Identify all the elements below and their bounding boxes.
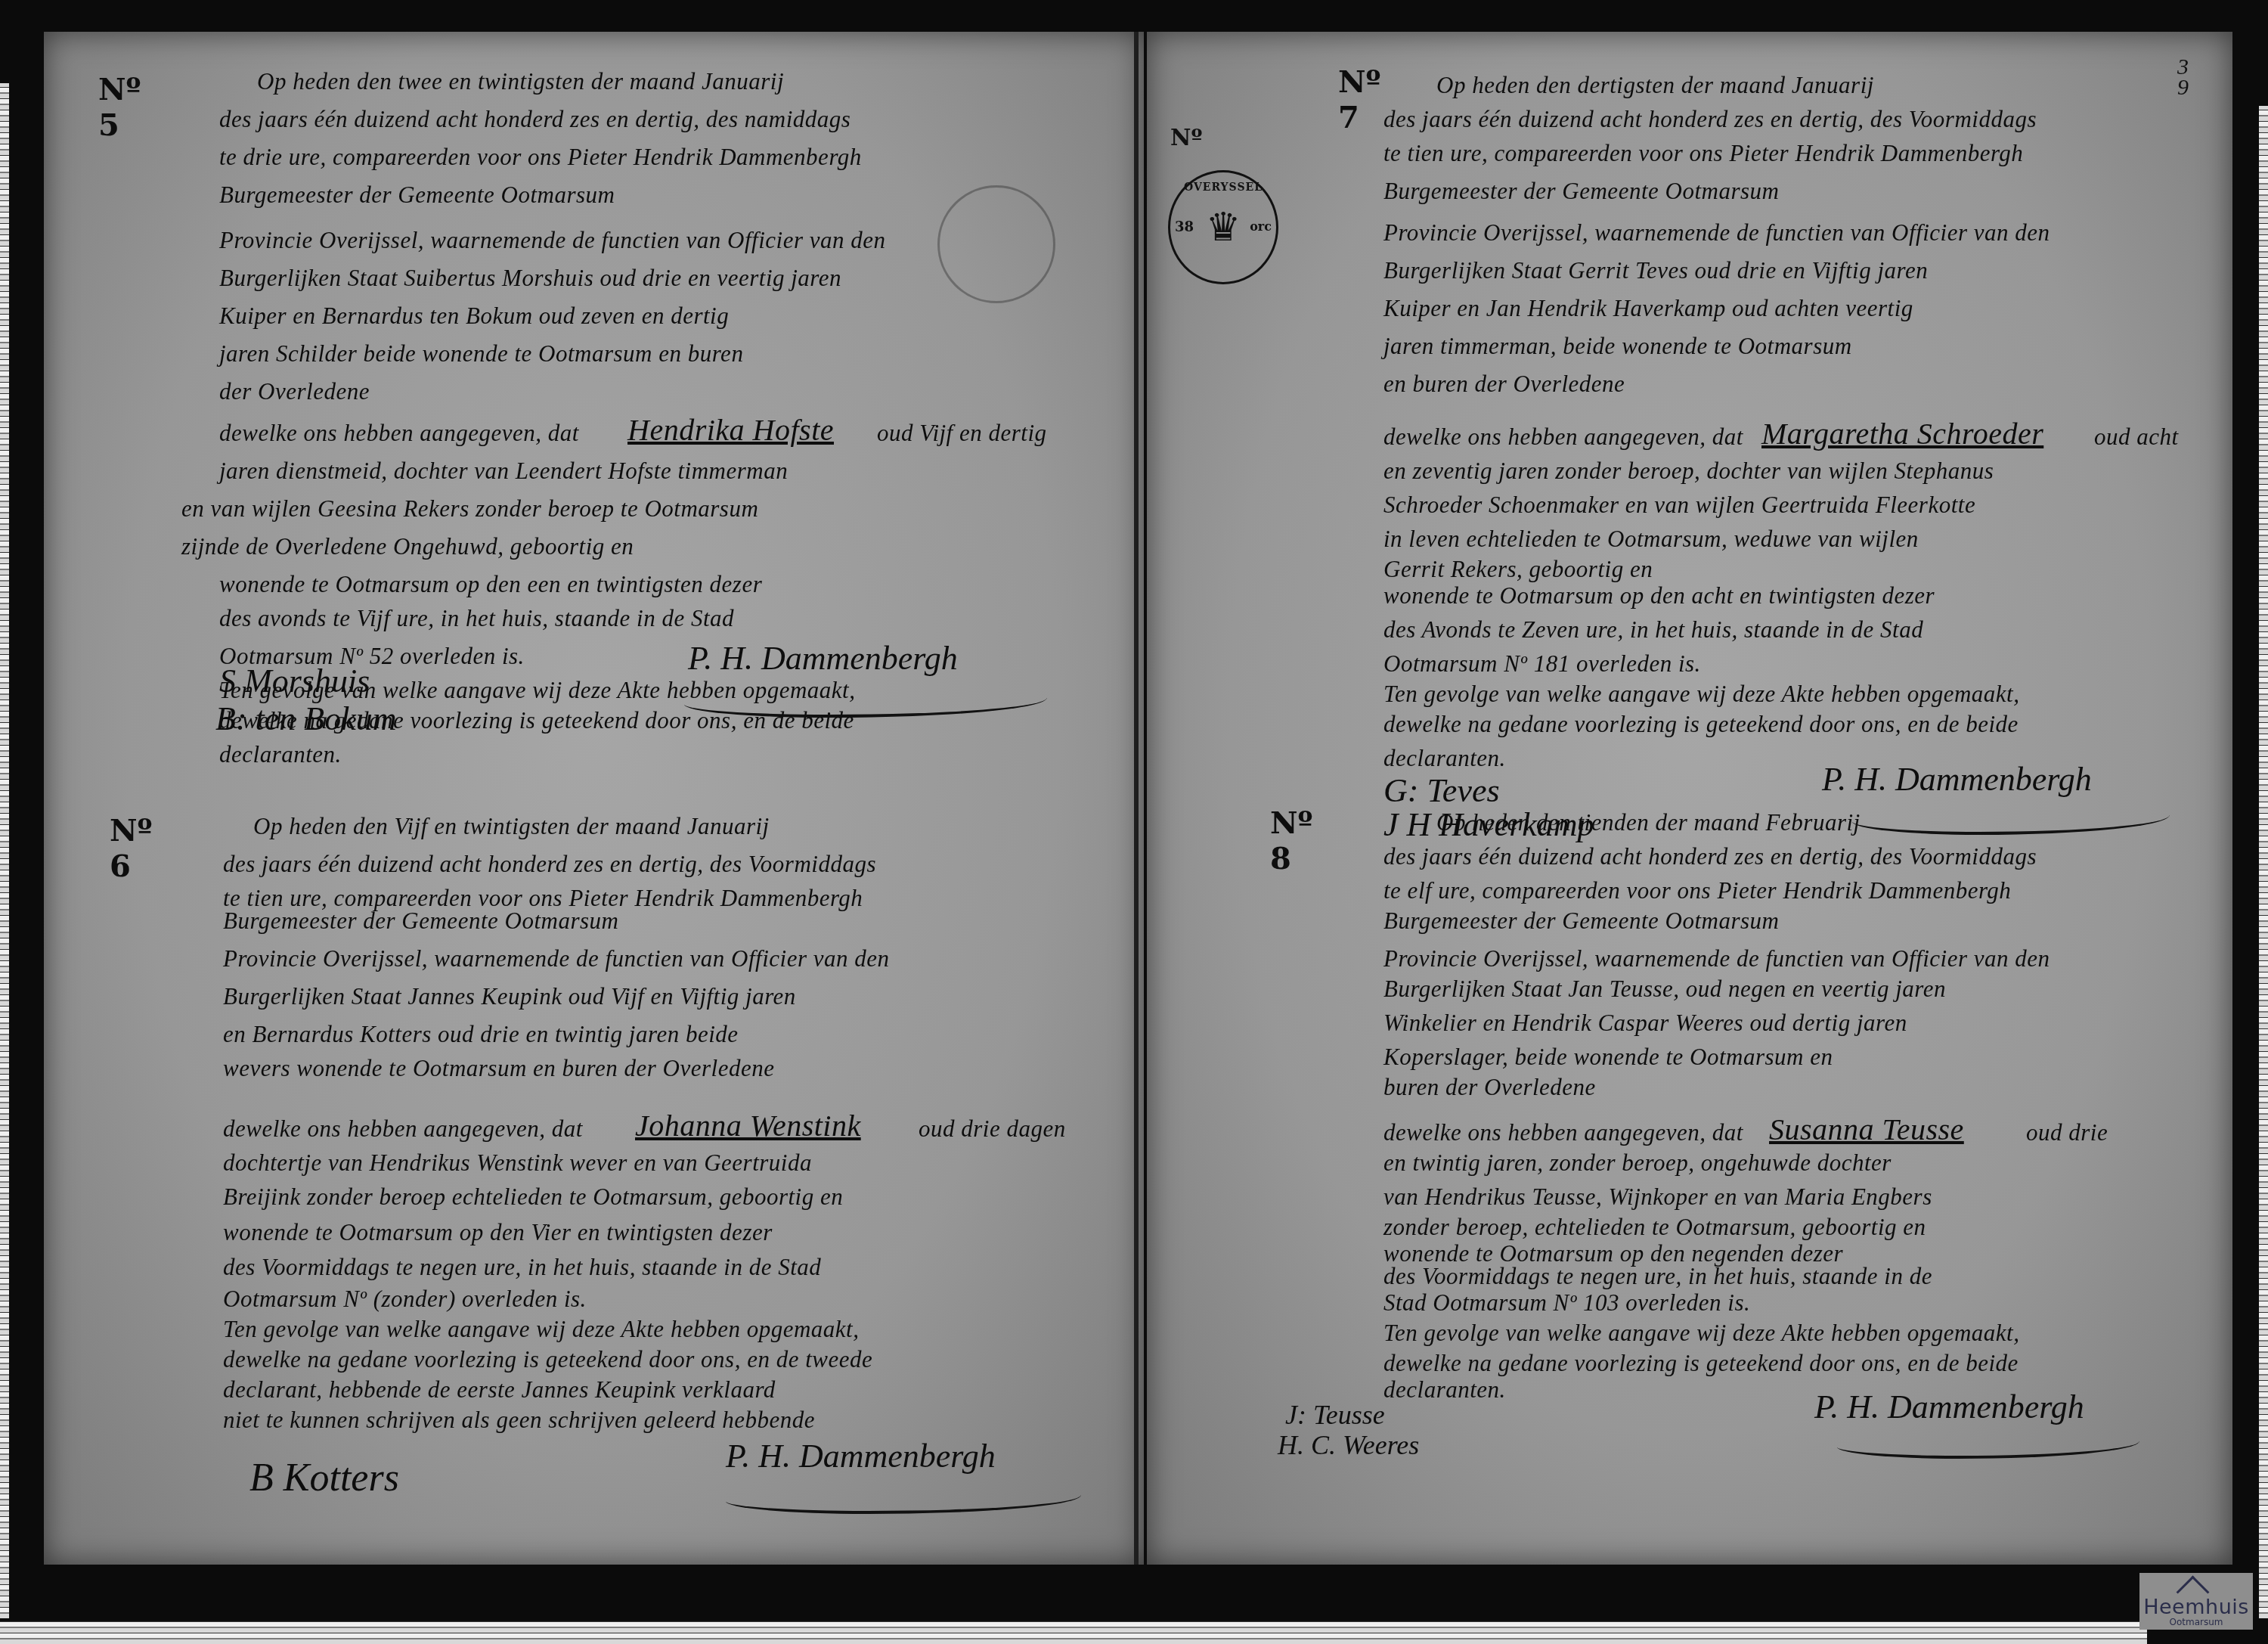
- entry-line: jaren timmerman, beide wonende te Ootmar…: [1383, 333, 1852, 360]
- mayor-signature: P. H. Dammenbergh: [1814, 1388, 2084, 1426]
- entry-line: dewelke na gedane voorlezing is geteeken…: [1383, 711, 2019, 738]
- entry-line: Stad Ootmarsum Nº 103 overleden is.: [1383, 1289, 1750, 1317]
- deceased-name: Margaretha Schroeder: [1761, 416, 2043, 451]
- logo-brand: Heemhuis: [2139, 1596, 2253, 1619]
- entry-line: en Bernardus Kotters oud drie en twintig…: [223, 1021, 739, 1048]
- entry-line: Schroeder Schoenmaker en van wijlen Geer…: [1383, 492, 1975, 519]
- deceased-name: Hendrika Hofste: [627, 412, 834, 448]
- entry-line: jaren dienstmeid, dochter van Leendert H…: [219, 458, 788, 485]
- entry-line: Burgemeester der Gemeente Ootmarsum: [1383, 907, 1779, 935]
- page-number: 3 9: [2177, 57, 2189, 98]
- entry-line: Gerrit Rekers, geboortig en: [1383, 556, 1653, 583]
- deceased-age: oud drie: [2026, 1119, 2108, 1146]
- entry-line: zijnde de Overledene Ongehuwd, geboortig…: [181, 533, 634, 560]
- entry-line: Winkelier en Hendrik Caspar Weeres oud d…: [1383, 1010, 1907, 1037]
- entry-number: Nº 8: [1270, 805, 1313, 876]
- entry-line: in leven echtelieden te Ootmarsum, weduw…: [1383, 526, 1919, 553]
- entry-line: Burgemeester der Gemeente Ootmarsum: [219, 181, 615, 209]
- entry-line: buren der Overledene: [1383, 1074, 1596, 1101]
- entry-line: Ten gevolge van welke aangave wij deze A…: [1383, 681, 2019, 708]
- witness-signature: S Morshuis: [219, 662, 370, 700]
- entry-line: te elf ure, compareerden voor ons Pieter…: [1383, 877, 2011, 904]
- entry-line: Provincie Overijssel, waarnemende de fun…: [1383, 219, 2050, 247]
- deceased-age: oud acht: [2094, 423, 2179, 451]
- entry-line: dewelke ons hebben aangegeven, dat: [223, 1115, 583, 1143]
- entry-line: Provincie Overijssel, waarnemende de fun…: [1383, 945, 2050, 972]
- entry-line: Ten gevolge van welke aangave wij deze A…: [223, 1316, 859, 1343]
- entry-line: Op heden den dertigsten der maand Januar…: [1436, 72, 1874, 99]
- page-number-top: 3: [2177, 57, 2189, 77]
- entry-line: te drie ure, compareerden voor ons Piete…: [219, 144, 862, 171]
- overijssel-tax-stamp: OVERYSSEL ♛ 38 orc: [1168, 170, 1278, 284]
- deceased-age: oud drie dagen: [919, 1115, 1066, 1143]
- entry-line: Burgerlijken Staat Suibertus Morshuis ou…: [219, 265, 841, 292]
- stamp-left-text: 38: [1175, 219, 1194, 235]
- entry-line: wonende te Ootmarsum op den acht en twin…: [1383, 582, 1935, 610]
- scan-edge-bottom: [0, 1621, 2147, 1644]
- faded-stamp-icon: [937, 185, 1055, 303]
- entry-line: der Overledene: [219, 378, 370, 405]
- entry-number: Nº 5: [98, 72, 141, 143]
- entry-number: Nº 7: [1338, 64, 1381, 135]
- entry-line: en van wijlen Geesina Rekers zonder bero…: [181, 495, 758, 523]
- witness-signature: G: Teves: [1383, 771, 1500, 810]
- entry-line: wonende te Ootmarsum op den Vier en twin…: [223, 1219, 773, 1246]
- deceased-name: Susanna Teusse: [1769, 1112, 1964, 1147]
- crown-icon: ♛: [1206, 208, 1241, 247]
- entry-line: des avonds te Vijf ure, in het huis, sta…: [219, 605, 734, 632]
- entry-line: des jaars één duizend acht honderd zes e…: [1383, 843, 2037, 870]
- entry-line: dochtertje van Hendrikus Wenstink wever …: [223, 1149, 812, 1177]
- entry-line: dewelke ons hebben aangegeven, dat: [219, 420, 579, 447]
- entry-line: van Hendrikus Teusse, Wijnkoper en van M…: [1383, 1183, 1932, 1211]
- page-number-bottom: 9: [2177, 77, 2189, 98]
- entry-line: declaranten.: [219, 741, 342, 768]
- entry-line: declarant, hebbende de eerste Jannes Keu…: [223, 1376, 776, 1404]
- entry-line: dewelke ons hebben aangegeven, dat: [1383, 423, 1743, 451]
- entry-line: Burgerlijken Staat Jan Teusse, oud negen…: [1383, 976, 1946, 1003]
- witness-signature: J: Teusse: [1285, 1399, 1385, 1431]
- entry-line: Burgerlijken Staat Gerrit Teves oud drie…: [1383, 257, 1928, 284]
- entry-line: Burgerlijken Staat Jannes Keupink oud Vi…: [223, 983, 796, 1010]
- stamp-top-text: OVERYSSEL: [1184, 181, 1263, 194]
- entry-line: Burgemeester der Gemeente Ootmarsum: [1383, 178, 1779, 205]
- entry-line: Ootmarsum Nº (zonder) overleden is.: [223, 1286, 587, 1313]
- entry-line: des jaars één duizend acht honderd zes e…: [1383, 106, 2037, 133]
- entry-line: niet te kunnen schrijven als geen schrij…: [223, 1407, 815, 1434]
- entry-line: des Voormiddags te negen ure, in het hui…: [223, 1254, 821, 1281]
- entry-line: des jaars één duizend acht honderd zes e…: [223, 851, 876, 878]
- entry-line: dewelke na gedane voorlezing is geteeken…: [1383, 1350, 2019, 1377]
- entry-line: declaranten.: [1383, 1376, 1506, 1404]
- entry-line: Koperslager, beide wonende te Ootmarsum …: [1383, 1044, 1833, 1071]
- scan-edge-right: [2259, 106, 2268, 1618]
- entry-line: Provincie Overijssel, waarnemende de fun…: [219, 227, 886, 254]
- entry-line: des Avonds te Zeven ure, in het huis, st…: [1383, 616, 1923, 644]
- deceased-age: oud Vijf en dertig: [877, 420, 1047, 447]
- entry-line: en buren der Overledene: [1383, 371, 1625, 398]
- entry-line: Kuiper en Jan Hendrik Haverkamp oud acht…: [1383, 295, 1913, 322]
- entry-line: en twintig jaren, zonder beroep, ongehuw…: [1383, 1149, 1892, 1177]
- mayor-signature: P. H. Dammenbergh: [726, 1437, 996, 1475]
- stamp-right-text: orc: [1250, 219, 1272, 234]
- entry-line: Ootmarsum Nº 181 overleden is.: [1383, 650, 1701, 678]
- entry-line: wevers wonende te Ootmarsum en buren der…: [223, 1055, 774, 1082]
- entry-line: declaranten.: [1383, 745, 1506, 772]
- entry-line: en zeventig jaren zonder beroep, dochter…: [1383, 458, 1994, 485]
- stamp-number-label: Nº: [1170, 125, 1202, 151]
- entry-line: Kuiper en Bernardus ten Bokum oud zeven …: [219, 302, 729, 330]
- entry-line: dewelke na gedane voorlezing is geteeken…: [223, 1346, 872, 1373]
- mayor-signature: P. H. Dammenbergh: [1822, 760, 2092, 799]
- entry-line: Op heden den twee en twintigsten der maa…: [257, 68, 784, 95]
- entry-line: des Voormiddags te negen ure, in het hui…: [1383, 1263, 1932, 1290]
- entry-line: dewelke ons hebben aangegeven, dat: [1383, 1119, 1743, 1146]
- book-gutter: [1134, 32, 1139, 1565]
- witness-signature: H. C. Weeres: [1278, 1429, 1419, 1461]
- entry-line: Breijink zonder beroep echtelieden te Oo…: [223, 1183, 843, 1211]
- entry-line: Op heden den tienden der maand Februarij: [1436, 809, 1861, 836]
- deceased-name: Johanna Wenstink: [635, 1108, 861, 1143]
- logo-subtitle: Ootmarsum: [2139, 1617, 2253, 1627]
- entry-line: zonder beroep, echtelieden te Ootmarsum,…: [1383, 1214, 1926, 1241]
- entry-line: Provincie Overijssel, waarnemende de fun…: [223, 945, 890, 972]
- mayor-signature: P. H. Dammenbergh: [688, 639, 958, 678]
- entry-line: wonende te Ootmarsum op den een en twint…: [219, 571, 762, 598]
- witness-signature: B Kotters: [249, 1456, 399, 1500]
- entry-line: Op heden den Vijf en twintigsten der maa…: [253, 813, 770, 840]
- witness-signature: B: ten Bokum: [215, 699, 396, 738]
- entry-line: des jaars één duizend acht honderd zes e…: [219, 106, 850, 133]
- entry-number: Nº 6: [110, 813, 153, 884]
- entry-line: Burgemeester der Gemeente Ootmarsum: [223, 907, 618, 935]
- entry-line: jaren Schilder beide wonende te Ootmarsu…: [219, 340, 743, 368]
- entry-line: Ten gevolge van welke aangave wij deze A…: [1383, 1320, 2019, 1347]
- scan-edge-left: [0, 83, 9, 1618]
- entry-line: te tien ure, compareerden voor ons Piete…: [1383, 140, 2023, 167]
- heemhuis-logo: Heemhuis Ootmarsum: [2139, 1573, 2253, 1630]
